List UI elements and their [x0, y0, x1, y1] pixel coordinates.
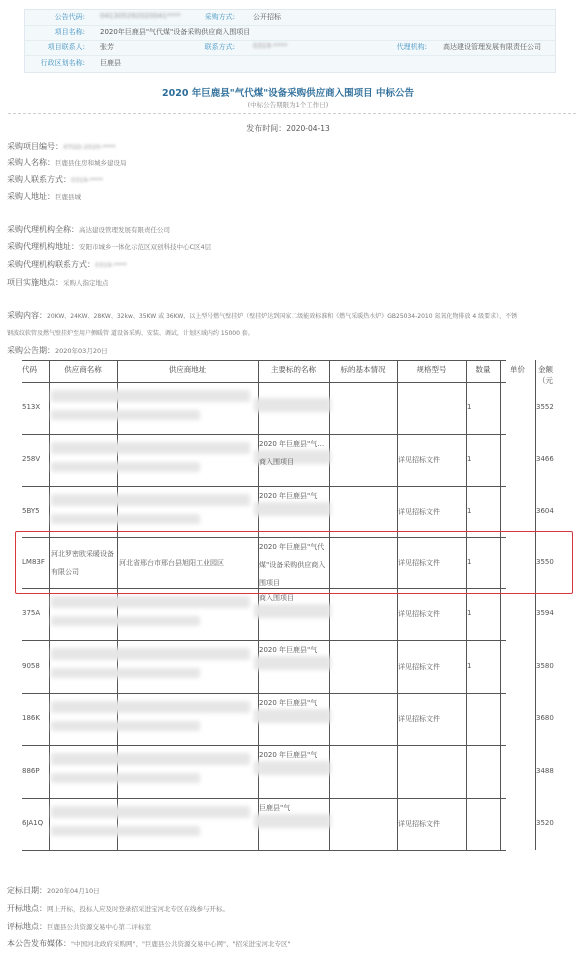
redaction-smear — [51, 648, 250, 660]
column-divider — [397, 360, 398, 850]
cell-quantity: 1 — [467, 455, 471, 463]
field-award-date: 定标日期：2020年04月10日 — [7, 885, 100, 896]
field-bid-opening-place: 开标地点：网上开标，投标人应及时登录招采进宝河北专区在线参与开标。 — [7, 903, 229, 914]
field-purchaser-contact: 采购人联系方式：0319-**** — [7, 174, 103, 185]
field-implementation-site: 项目实施地点：采购人指定地点 — [7, 277, 109, 288]
page-title: 2020 年巨鹿县"气代煤"设备采购供应商入围项目 中标公告 — [0, 85, 576, 99]
redaction-smear — [51, 410, 200, 420]
cell-code: 5BY5 — [22, 507, 40, 515]
column-header: 标的基本情况 — [329, 364, 397, 375]
cell-item-name: 2020 年巨鹿县"气 — [259, 746, 328, 797]
cell-spec: 详见招标文件 — [398, 455, 440, 465]
column-divider — [500, 360, 501, 850]
procurement-method-label: 采购方式: — [175, 12, 235, 22]
project-name-label: 项目名称: — [25, 27, 85, 37]
column-header: 供应商名称 — [49, 364, 117, 375]
cell-code: 258V — [22, 455, 40, 463]
redaction-smear — [51, 514, 200, 524]
info-row: 公告代码: 041305292020041**** 采购方式: 公开招标 — [25, 10, 555, 26]
agency-label: 代理机构: — [367, 42, 427, 52]
redaction-smear — [51, 773, 200, 783]
cell-spec: 详见招标文件 — [398, 714, 440, 724]
cell-item-name: 巨鹿县"气 — [259, 799, 328, 849]
cell-spec: 详见招标文件 — [398, 507, 440, 517]
cell-code: 513X — [22, 403, 40, 411]
redaction-smear — [51, 596, 250, 608]
agency-value: 高达建设管理发展有限责任公司 — [443, 42, 541, 52]
cell-amount: 3466 — [536, 455, 554, 463]
cell-item-name: 2020 年巨鹿县"气 — [259, 641, 328, 692]
region-value: 巨鹿县 — [100, 58, 121, 68]
info-row: 项目名称: 2020年巨鹿县"气代煤"设备采购供应商入围项目 — [25, 25, 555, 41]
column-divider — [466, 360, 467, 850]
redaction-smear — [51, 753, 250, 765]
cell-item-name: 2020 年巨鹿县"气…商入围项目 — [259, 435, 328, 485]
cell-amount: 3580 — [536, 662, 554, 670]
field-agency-address: 采购代理机构地址：安阳市城乡一体化示范区双创科技中心C区4层 — [7, 241, 211, 252]
publish-time-value: 2020-04-13 — [286, 124, 330, 133]
cell-quantity: 1 — [467, 609, 471, 617]
table-border — [22, 360, 506, 361]
redaction-smear — [51, 701, 250, 713]
publish-time: 发布时间：2020-04-13 — [0, 123, 576, 134]
highlighted-row-box — [15, 531, 573, 594]
page-subtitle: (中标公告期限为1个工作日) — [0, 100, 576, 109]
cell-code: 375A — [22, 609, 40, 617]
notice-code-value: 041305292020041**** — [100, 12, 181, 20]
region-label: 行政区划名称: — [25, 58, 85, 68]
redaction-smear — [51, 616, 200, 626]
redaction-smear — [51, 721, 200, 731]
redaction-smear — [254, 398, 331, 412]
notice-code-label: 公告代码: — [25, 12, 85, 22]
cell-spec: 详见招标文件 — [398, 819, 440, 829]
column-header: 主要标的名称 — [258, 364, 329, 375]
cell-spec: 详见招标文件 — [398, 609, 440, 619]
divider — [8, 113, 576, 114]
column-divider — [49, 360, 50, 850]
project-info-table: 公告代码: 041305292020041**** 采购方式: 公开招标 项目名… — [24, 9, 556, 73]
field-project-number: 采购项目编号：XTGD-2020-**** — [7, 141, 116, 152]
redaction-smear — [51, 442, 250, 454]
cell-code: 9058 — [22, 662, 40, 670]
contact-method-label: 联系方式: — [175, 42, 235, 52]
column-header: 供应商地址 — [117, 364, 258, 375]
redaction-smear — [51, 462, 200, 472]
field-evaluation-place: 评标地点：巨鹿县公共资源交易中心第二评标室 — [7, 921, 151, 932]
field-purchaser-name: 采购人名称：巨鹿县住房和城乡建设局 — [7, 157, 127, 168]
field-agency-contact: 采购代理机构联系方式：0319-**** — [7, 259, 127, 270]
redaction-smear — [51, 390, 250, 402]
info-row: 项目联系人: 张芳 联系方式: 0319-**** 代理机构: 高达建设管理发展… — [25, 40, 555, 56]
row-divider — [22, 382, 506, 383]
contact-method-value: 0319-**** — [253, 42, 287, 50]
cell-code: 186K — [22, 714, 40, 722]
cell-amount: 3488 — [536, 767, 554, 775]
field-announce-period: 采购公告期：2020年03月20日 — [7, 345, 108, 356]
cell-code: 886P — [22, 767, 40, 775]
cell-amount: 3552 — [536, 403, 554, 411]
field-publish-media: 本公告发布媒体："中国河北政府采购网"、"巨鹿县公共资源交易中心网"、"招采进宝… — [7, 938, 290, 949]
cell-amount: 3520 — [536, 819, 554, 827]
project-name-value: 2020年巨鹿县"气代煤"设备采购供应商入围项目 — [100, 27, 250, 37]
field-purchaser-address: 采购人地址：巨鹿县城 — [7, 191, 81, 202]
row-divider — [22, 850, 506, 851]
cell-spec: 详见招标文件 — [398, 662, 440, 672]
column-header: 金额（元 — [538, 364, 563, 386]
cell-amount: 3680 — [536, 714, 554, 722]
redaction-smear — [51, 806, 250, 818]
redaction-smear — [51, 668, 200, 678]
column-header: 数量 — [466, 364, 500, 375]
field-procurement-content: 采购内容：20KW、24KW、28KW、32kw、35KW 或 36KW，以上型… — [7, 310, 517, 321]
cell-quantity: 1 — [467, 507, 471, 515]
procurement-method-value: 公开招标 — [253, 12, 281, 22]
column-divider — [535, 360, 536, 850]
cell-amount: 3604 — [536, 507, 554, 515]
cell-quantity: 1 — [467, 403, 471, 411]
redaction-smear — [51, 826, 200, 836]
column-header: 单价 — [500, 364, 535, 375]
field-procurement-content-cont: 钢波纹软管及燃气壁挂炉至用户侧暖管 道设备采购、安装、调试，计划区域内约 150… — [7, 328, 254, 337]
cell-item-name: 商入围项目 — [259, 589, 328, 639]
contact-person-value: 张芳 — [100, 42, 114, 52]
cell-item-name: 2020 年巨鹿县"气 — [259, 694, 328, 744]
contact-person-label: 项目联系人: — [25, 42, 85, 52]
redaction-smear — [51, 494, 250, 506]
info-row: 行政区划名称: 巨鹿县 — [25, 56, 555, 71]
cell-code: 6JA1Q — [22, 819, 43, 827]
column-header: 代码 — [22, 364, 49, 375]
cell-amount: 3594 — [536, 609, 554, 617]
column-header: 规格型号 — [397, 364, 466, 375]
publish-time-label: 发布时间： — [246, 124, 286, 133]
field-agency-name: 采购代理机构全称：高达建设管理发展有限责任公司 — [7, 224, 170, 235]
cell-quantity: 1 — [467, 662, 471, 670]
cell-item-name: 2020 年巨鹿县"气 — [259, 487, 328, 536]
